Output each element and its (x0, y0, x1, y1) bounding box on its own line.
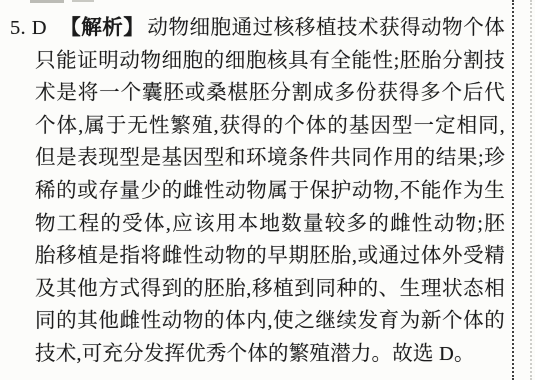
answer-explanation-block: 5.D【解析】动物细胞通过核移植技术获得动物个体 只能证明动物细胞的细胞核具有全… (35, 12, 505, 371)
explanation-line: 动物细胞通过核移植技术获得动物个体 (147, 17, 505, 39)
explanation-line: 技术,可充分发挥优秀个体的繁殖潜力。故选 D。 (35, 338, 505, 371)
explanation-line: 及其他方式得到的胚胎,移植到同种的、生理状态相 (35, 273, 505, 306)
explanation-line: 术是将一个囊胚或桑椹胚分割成多份获得多个后代 (35, 77, 505, 110)
explanation-line: 同的其他雌性动物的体内,使之继续发育为新个体的 (35, 305, 505, 338)
page-edge-dotted-line (530, 0, 532, 380)
explanation-line: 但是表现型是基因型和环境条件共同作用的结果;珍 (35, 142, 505, 175)
answer-first-line: 5.D【解析】动物细胞通过核移植技术获得动物个体 (10, 12, 505, 45)
scanned-answer-page: 5.D【解析】动物细胞通过核移植技术获得动物个体 只能证明动物细胞的细胞核具有全… (0, 0, 535, 380)
answer-number: 5. (10, 17, 26, 39)
explanation-line: 只能证明动物细胞的细胞核具有全能性;胚胎分割技 (35, 45, 505, 78)
answer-letter: D (32, 17, 47, 39)
explanation-line: 个体,属于无性繁殖,获得的个体的基因型一定相同, (35, 110, 505, 143)
cropped-previous-line-fragment (30, 0, 94, 5)
explanation-line: 物工程的受体,应该用本地数量较多的雌性动物;胚 (35, 208, 505, 241)
analysis-label: 【解析】 (60, 17, 145, 39)
explanation-line: 胎移植是指将雌性动物的早期胚胎,或通过体外受精 (35, 240, 505, 273)
page-margin-dotted-line (512, 0, 514, 380)
explanation-line: 稀的或存量少的雌性动物属于保护动物,不能作为生 (35, 175, 505, 208)
